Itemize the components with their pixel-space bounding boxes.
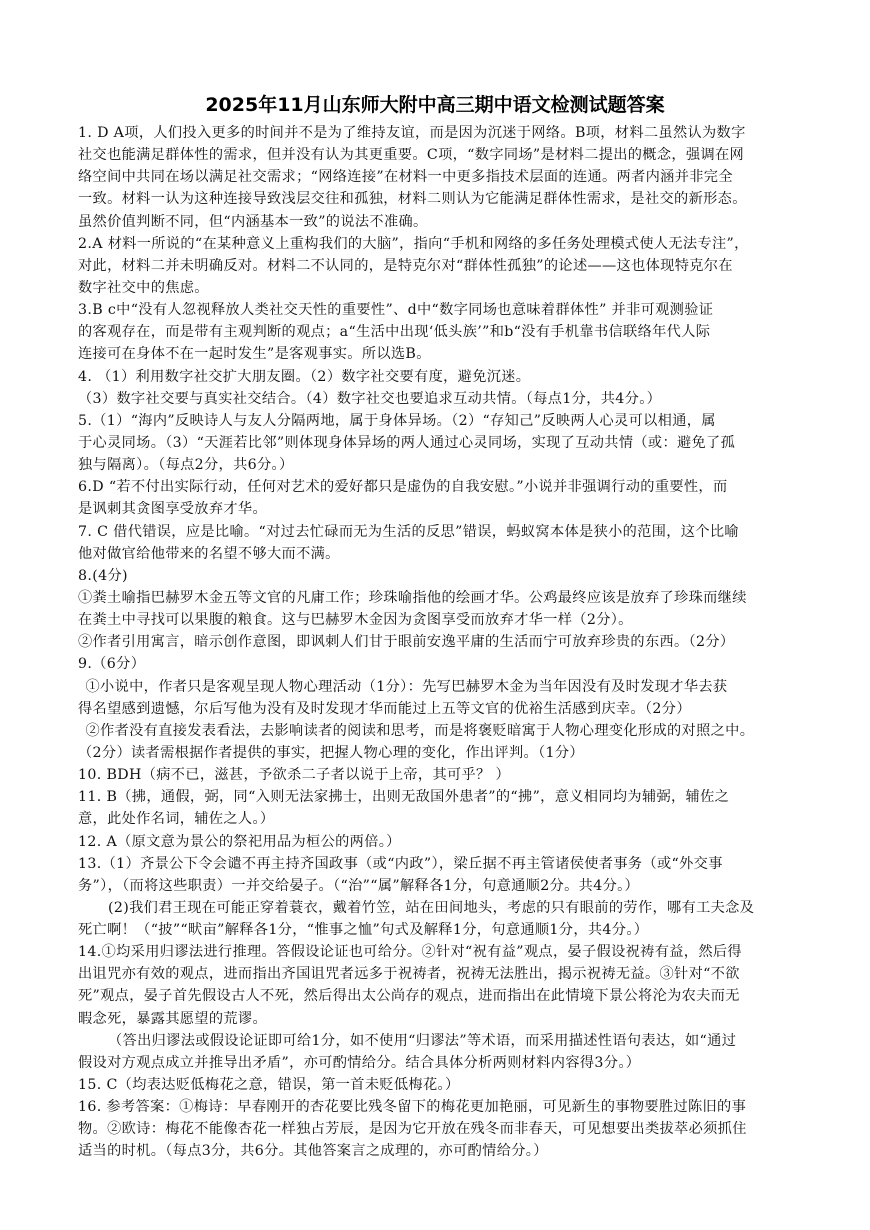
document-title: 2025年11月山东师大附中高三期中语文检测试题答案 [0, 90, 870, 117]
answer-line: 7. C 借代错误，应是比喻。“对过去忙碌而无为生活的反思”错误，蚂蚁窝本体是狭… [78, 521, 788, 543]
answer-line: 独与隔离）。（每点2分，共6分。） [78, 454, 788, 476]
answer-line: 虽然价值判断不同，但“内涵基本一致”的说法不准确。 [78, 211, 788, 233]
answer-item-5: 5.（1）“海内”反映诗人与友人分隔两地，属于身体异场。（2）“存知己”反映两人… [78, 410, 788, 476]
answer-line: 连接可在身体不在一起时发生”是客观事实。所以选B。 [78, 343, 788, 365]
answer-line: 暇念死，暴露其愿望的荒谬。 [78, 1008, 788, 1030]
answer-item-11: 11. B（拂，通假，弼，同“入则无法家拂士，出则无敌国外患者”的“拂”，意义相… [78, 786, 788, 830]
answer-item-10: 10. BDH（病不已，滋甚，予欲杀二子者以说于上帝，其可乎？ ） [78, 764, 788, 786]
answer-line: ②作者没有直接发表看法，去影响读者的阅读和思考，而是将褒贬暗寓于人物心理变化形成… [78, 720, 788, 742]
answer-line: 对此，材料二并未明确反对。材料二不认同的，是特克尔对“群体性孤独”的论述——这也… [78, 255, 788, 277]
answer-line: 2.A 材料一所说的“在某种意义上重构我们的大脑”，指向“手机和网络的多任务处理… [78, 233, 788, 255]
answer-line: 10. BDH（病不已，滋甚，予欲杀二子者以说于上帝，其可乎？ ） [78, 764, 788, 786]
answer-line: 数字社交中的焦虑。 [78, 277, 788, 299]
answer-line: 16. 参考答案：①梅诗：早春刚开的杏花要比残冬留下的梅花更加艳丽，可见新生的事… [78, 1096, 788, 1118]
document-page: 2025年11月山东师大附中高三期中语文检测试题答案 1. D A项，人们投入更… [0, 0, 870, 1230]
answer-item-16: 16. 参考答案：①梅诗：早春刚开的杏花要比残冬留下的梅花更加艳丽，可见新生的事… [78, 1096, 788, 1162]
answer-line: 是讽刺其贪图享受放弃才华。 [78, 498, 788, 520]
answer-item-13: 13.（1）齐景公下令会谴不再主持齐国政事（或“内政”），梁丘据不再主管诸侯使者… [78, 853, 788, 942]
answer-line: 络空间中共同在场以满足社交需求；“网络连接”在材料一中更多指技术层面的连通。两者… [78, 166, 788, 188]
answer-item-4: 4. （1）利用数字社交扩大朋友圈。（2）数字社交要有度，避免沉迷。（3）数字社… [78, 366, 788, 410]
answer-line: 9.（6分） [78, 653, 788, 675]
answer-line: 1. D A项，人们投入更多的时间并不是为了维持友谊，而是因为沉迷于网络。B项，… [78, 122, 788, 144]
answer-line: 假设对方观点成立并推导出矛盾”，亦可酌情给分。结合具体分析两则材料内容得3分。） [78, 1052, 788, 1074]
answer-item-12: 12. A（原文意为景公的祭祀用品为桓公的两倍。） [78, 831, 788, 853]
answer-line: 适当的时机。（每点3分，共6分。其他答案言之成理的，亦可酌情给分。） [78, 1140, 788, 1162]
answer-line: 12. A（原文意为景公的祭祀用品为桓公的两倍。） [78, 831, 788, 853]
answer-line: 15. C（均表达贬低梅花之意，错误，第一首未贬低梅花。） [78, 1074, 788, 1096]
answer-line: 13.（1）齐景公下令会谴不再主持齐国政事（或“内政”），梁丘据不再主管诸侯使者… [78, 853, 788, 875]
answer-line: 物。②欧诗：梅花不能像杏花一样独占芳辰，是因为它开放在残冬而非春天，可见想要出类… [78, 1118, 788, 1140]
answer-line: 5.（1）“海内”反映诗人与友人分隔两地，属于身体异场。（2）“存知己”反映两人… [78, 410, 788, 432]
answer-item-3: 3.B c中“没有人忽视释放人类社交天性的重要性”、d中“数字同场也意味着群体性… [78, 299, 788, 365]
answer-item-6: 6.D “若不付出实际行动，任何对艺术的爱好都只是虚伪的自我安慰。”小说并非强调… [78, 476, 788, 520]
answer-line: 死亡啊！（“披”“畎亩”解释各1分，“惟事之恤”句式及解释1分，句意通顺1分，共… [78, 919, 788, 941]
answer-line: 于心灵同场。（3）“天涯若比邻”则体现身体异场的两人通过心灵同场，实现了互动共情… [78, 432, 788, 454]
answer-line: 意，此处作名词，辅佐之人。） [78, 808, 788, 830]
answer-item-15: 15. C（均表达贬低梅花之意，错误，第一首未贬低梅花。） [78, 1074, 788, 1096]
answer-line: 一致。材料一认为这种连接导致浅层交往和孤独，材料二则认为它能满足群体性需求，是社… [78, 188, 788, 210]
answer-item-1: 1. D A项，人们投入更多的时间并不是为了维持友谊，而是因为沉迷于网络。B项，… [78, 122, 788, 233]
answer-line: 务”），（而将这些职责）一并交给晏子。（“治”“属”解释各1分，句意通顺2分。共… [78, 875, 788, 897]
answer-line: 社交也能满足群体性的需求，但并没有认为其更重要。C项，“数字同场”是材料二提出的… [78, 144, 788, 166]
answer-item-14: 14.①均采用归谬法进行推理。答假设论证也可给分。②针对“祝有益”观点，晏子假设… [78, 941, 788, 1074]
answer-line: 出诅咒亦有效的观点，进而指出齐国诅咒者远多于祝祷者，祝祷无法胜出，揭示祝祷无益。… [78, 963, 788, 985]
answer-item-8: 8.(4分)①粪土喻指巴赫罗木金五等文官的凡庸工作；珍珠喻指他的绘画才华。公鸡最… [78, 565, 788, 654]
answer-line: ①粪土喻指巴赫罗木金五等文官的凡庸工作；珍珠喻指他的绘画才华。公鸡最终应该是放弃… [78, 587, 788, 609]
answer-line: ①小说中，作者只是客观呈现人物心理活动（1分）：先写巴赫罗木金为当年因没有及时发… [78, 676, 788, 698]
answer-line: 8.(4分) [78, 565, 788, 587]
answer-item-9: 9.（6分）①小说中，作者只是客观呈现人物心理活动（1分）：先写巴赫罗木金为当年… [78, 653, 788, 764]
answer-line: 14.①均采用归谬法进行推理。答假设论证也可给分。②针对“祝有益”观点，晏子假设… [78, 941, 788, 963]
answer-line: 得名望感到遗憾，尔后写他为没有及时发现才华而能过上五等文官的优裕生活感到庆幸。（… [78, 698, 788, 720]
answer-line: 的客观存在，而是带有主观判断的观点；a“生活中出现‘低头族’”和b“没有手机靠书… [78, 321, 788, 343]
answer-item-2: 2.A 材料一所说的“在某种意义上重构我们的大脑”，指向“手机和网络的多任务处理… [78, 233, 788, 299]
answer-line: 他对做官给他带来的名望不够大而不满。 [78, 543, 788, 565]
answer-line: (2)我们君王现在可能正穿着蓑衣，戴着竹笠，站在田间地头，考虑的只有眼前的劳作，… [78, 897, 788, 919]
answer-item-7: 7. C 借代错误，应是比喻。“对过去忙碌而无为生活的反思”错误，蚂蚁窝本体是狭… [78, 521, 788, 565]
answer-line: ②作者引用寓言，暗示创作意图，即讽刺人们甘于眼前安逸平庸的生活而宁可放弃珍贵的东… [78, 631, 788, 653]
answer-list: 1. D A项，人们投入更多的时间并不是为了维持友谊，而是因为沉迷于网络。B项，… [78, 122, 788, 1163]
answer-line: （3）数字社交要与真实社交结合。（4）数字社交也要追求互动共情。（每点1分，共4… [78, 388, 788, 410]
answer-line: 4. （1）利用数字社交扩大朋友圈。（2）数字社交要有度，避免沉迷。 [78, 366, 788, 388]
answer-line: 11. B（拂，通假，弼，同“入则无法家拂士，出则无敌国外患者”的“拂”，意义相… [78, 786, 788, 808]
answer-line: 在粪土中寻找可以果腹的粮食。这与巴赫罗木金因为贪图享受而放弃才华一样（2分）。 [78, 609, 788, 631]
answer-line: 死”观点，晏子首先假设古人不死，然后得出太公尚存的观点，进而指出在此情境下景公将… [78, 985, 788, 1007]
answer-line: （答出归谬法或假设论证即可给1分，如不使用“归谬法”等术语，而采用描述性语句表达… [78, 1030, 788, 1052]
answer-line: 3.B c中“没有人忽视释放人类社交天性的重要性”、d中“数字同场也意味着群体性… [78, 299, 788, 321]
answer-line: （2分）读者需根据作者提供的事实，把握人物心理的变化，作出评判。（1分） [78, 742, 788, 764]
answer-line: 6.D “若不付出实际行动，任何对艺术的爱好都只是虚伪的自我安慰。”小说并非强调… [78, 476, 788, 498]
